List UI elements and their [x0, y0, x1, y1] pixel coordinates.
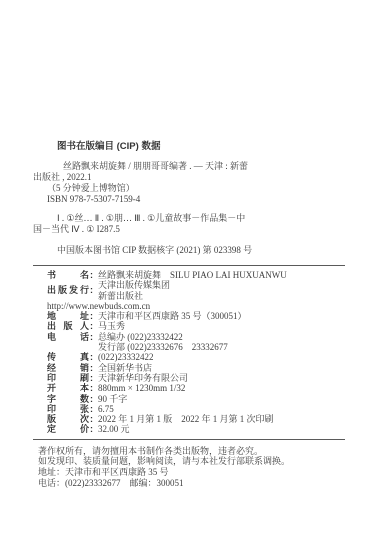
colophon-row: 出版人 : 马玉秀 [33, 321, 345, 331]
colophon-row-value-line: 丝路飘来胡旋舞 SILU PIAO LAI HUXUANWU [98, 270, 345, 280]
colophon-row-label: 出版人 [47, 321, 89, 331]
colophon-row-label: 字数 [47, 394, 89, 404]
colophon-row: 传真 : (022)23332422 [33, 352, 345, 362]
colophon-row-value: 6.75 [98, 404, 345, 414]
colophon-row-value-line: 总编办 (022)23332422 [98, 332, 345, 342]
text-line: ISBN 978-7-5307-7159-4 [33, 194, 345, 205]
colophon-row-colon: : [90, 394, 93, 404]
colophon-row-label: 印张 [47, 404, 89, 414]
colophon-row-value-line: 90 千字 [98, 394, 345, 404]
text-line: 出版社 , 2022.1 [33, 172, 345, 183]
colophon-row-colon: : [90, 424, 93, 434]
colophon-row-value-line: 新蕾出版社 [98, 291, 345, 301]
text-line: Ⅰ . ①丝… Ⅱ . ①朋… Ⅲ . ①儿童故事－作品集－中 [33, 213, 345, 224]
cip-header: 图书在版编目 (CIP) 数据 [57, 138, 345, 152]
colophon-row-colon: : [90, 321, 93, 331]
colophon-row-label: 电话 [47, 332, 89, 342]
colophon-row-colon: : [90, 352, 93, 362]
colophon-row-value-line: 天津市和平区西康路 35 号（300051） [98, 311, 345, 321]
colophon-row-value-line: 发行部 (022)23332676 23332677 [98, 342, 345, 352]
colophon-row-value: 丝路飘来胡旋舞 SILU PIAO LAI HUXUANWU [98, 270, 345, 280]
footer-notice: 著作权所有，请勿擅用本书制作各类出版物，违者必究。如发现印、装质量问题，影响阅读… [33, 446, 345, 488]
text-line: （5 分钟爱上博物馆） [33, 183, 345, 194]
cip-classification: Ⅰ . ①丝… Ⅱ . ①朋… Ⅲ . ①儿童故事－作品集－中国－当代 Ⅳ . … [33, 213, 345, 235]
colophon-row: 经销 : 全国新华书店 [33, 363, 345, 373]
colophon-row-value-line: (022)23332422 [98, 352, 345, 362]
colophon-row-value: 天津市和平区西康路 35 号（300051） [98, 311, 345, 321]
colophon-row-value: 天津出版传媒集团新蕾出版社 [98, 280, 345, 301]
colophon-row-value: 全国新华书店 [98, 363, 345, 373]
colophon-row-colon: : [90, 332, 93, 342]
colophon-row: 出版发行 : 天津出版传媒集团新蕾出版社 [33, 280, 345, 301]
colophon-row-value-line: http://www.newbuds.com.cn [47, 301, 345, 311]
colophon-row-colon: : [90, 404, 93, 414]
colophon-row-label: 出版发行 [47, 285, 89, 295]
cip-record-number: 中国版本图书馆 CIP 数据核字 (2021) 第 023398 号 [33, 245, 345, 256]
colophon-row-colon: : [90, 414, 93, 424]
colophon-row: 字数 : 90 千字 [33, 394, 345, 404]
colophon-row-label: 书名 [47, 270, 89, 280]
colophon-row: 书名 : 丝路飘来胡旋舞 SILU PIAO LAI HUXUANWU [33, 270, 345, 280]
colophon-row: 版次 : 2022 年 1 月第 1 版 2022 年 1 月第 1 次印刷 [33, 414, 345, 424]
divider-top [33, 265, 345, 266]
colophon-row: 印刷 : 天津新华印务有限公司 [33, 373, 345, 383]
cip-entry: 丝路飘来胡旋舞 / 朋朋哥哥编著 . — 天津 : 新蕾出版社 , 2022.1… [33, 161, 345, 205]
colophon-row-value: http://www.newbuds.com.cn [47, 301, 345, 311]
text-line: 如发现印、装质量问题，影响阅读，请与本社发行部联系调换。 [38, 456, 345, 467]
colophon-row-value: 总编办 (022)23332422发行部 (022)23332676 23332… [98, 332, 345, 353]
colophon-row-label: 经销 [47, 363, 89, 373]
colophon-row-value-line: 天津新华印务有限公司 [98, 373, 345, 383]
colophon-row-colon: : [90, 270, 93, 280]
colophon-row-value-line: 2022 年 1 月第 1 版 2022 年 1 月第 1 次印刷 [98, 414, 345, 424]
colophon-row-value: 天津新华印务有限公司 [98, 373, 345, 383]
colophon-row-value: 马玉秀 [98, 321, 345, 331]
divider-bottom [33, 439, 345, 440]
colophon-row-value-line: 6.75 [98, 404, 345, 414]
colophon-row: 印张 : 6.75 [33, 404, 345, 414]
colophon-table: 书名 : 丝路飘来胡旋舞 SILU PIAO LAI HUXUANWU 出版发行… [33, 270, 345, 435]
colophon-row-value-line: 全国新华书店 [98, 363, 345, 373]
colophon-row-label: 地址 [47, 311, 89, 321]
colophon-row-label: 印刷 [47, 373, 89, 383]
colophon-row-label: 定价 [47, 424, 89, 434]
colophon-row: http://www.newbuds.com.cn [33, 301, 345, 311]
colophon-row-value-line: 马玉秀 [98, 321, 345, 331]
colophon-row-value: 32.00 元 [98, 424, 345, 434]
colophon-row-label: 传真 [47, 352, 89, 362]
colophon-row-value: 880mm × 1230mm 1/32 [98, 383, 345, 393]
colophon-row-label: 版次 [47, 414, 89, 424]
text-line: 国－当代 Ⅳ . ① I287.5 [33, 224, 345, 235]
text-line: 著作权所有，请勿擅用本书制作各类出版物，违者必究。 [38, 446, 345, 457]
colophon-row-value-line: 32.00 元 [98, 424, 345, 434]
colophon-row-value: 90 千字 [98, 394, 345, 404]
colophon-row-colon: : [90, 363, 93, 373]
colophon-row-colon: : [90, 373, 93, 383]
text-line: 地址：天津市和平区西康路 35 号 [38, 467, 345, 478]
colophon-row-value: (022)23332422 [98, 352, 345, 362]
colophon-row: 地址 : 天津市和平区西康路 35 号（300051） [33, 311, 345, 321]
book-copyright-page: 图书在版编目 (CIP) 数据 丝路飘来胡旋舞 / 朋朋哥哥编著 . — 天津 … [0, 0, 375, 543]
text-line: 电话：(022)23332677 邮编：300051 [38, 478, 345, 489]
colophon-row: 开本 : 880mm × 1230mm 1/32 [33, 383, 345, 393]
colophon-row-value-line: 880mm × 1230mm 1/32 [98, 383, 345, 393]
colophon-row-colon: : [90, 383, 93, 393]
colophon-row-value: 2022 年 1 月第 1 版 2022 年 1 月第 1 次印刷 [98, 414, 345, 424]
colophon-row: 电话 : 总编办 (022)23332422发行部 (022)23332676 … [33, 332, 345, 353]
colophon-row: 定价 : 32.00 元 [33, 424, 345, 434]
colophon-row-colon: : [90, 285, 93, 295]
colophon-row-label: 开本 [47, 383, 89, 393]
colophon-row-value-line: 天津出版传媒集团 [98, 280, 345, 290]
text-line: 丝路飘来胡旋舞 / 朋朋哥哥编著 . — 天津 : 新蕾 [33, 161, 345, 172]
colophon-row-colon: : [90, 311, 93, 321]
